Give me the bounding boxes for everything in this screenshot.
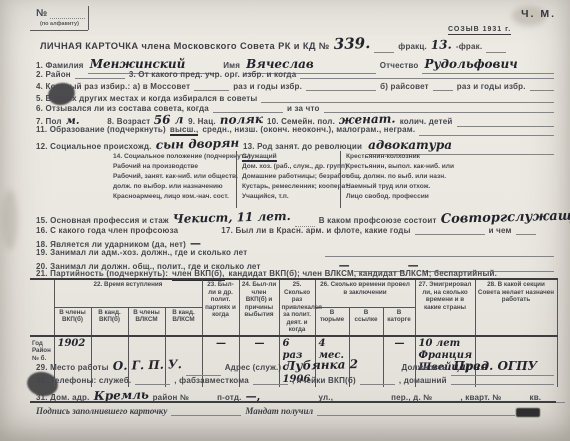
union-year-line: 16. С какого года член профсоюза 17. Был… <box>36 226 554 235</box>
education-label: 11. Образование (подчеркнуть) <box>36 125 166 134</box>
option-peasant-elected-2: общ. должн. по выб. или назн. <box>346 172 550 182</box>
option-peasant-elected: Крестьянин, выпол. как-ниб. или <box>346 162 550 172</box>
union-handwritten: Совторгслужащих <box>440 208 570 227</box>
col26-sub-prison: В тюрьме <box>315 307 349 335</box>
phones-label: 30. Телефоны: служеб. <box>36 376 131 385</box>
card-index-number: № <box>36 8 85 19</box>
blank-line <box>374 49 394 53</box>
blank-line <box>194 87 229 91</box>
redarmy-label: 17. Был ли в Красн. арм. и флоте, какие … <box>221 226 410 235</box>
education-options: средн., низш. (оконч. неоконч.), малогра… <box>202 125 415 134</box>
profession-handwritten: Чекист, 11 лет. <box>172 209 290 226</box>
blank-line <box>135 381 170 385</box>
patronymic-label: Отчество <box>380 61 419 70</box>
workplace-label: 29. Место работы <box>36 363 109 372</box>
blank-line <box>415 231 485 235</box>
social-position-col-worker: 14. Социальное положение (подчеркнуть) Р… <box>108 151 236 208</box>
table-header-row: 22. Время вступления 23. Был-ли в др. по… <box>30 279 557 307</box>
social-origin-label: 12. Социальное происхожд. <box>36 142 152 151</box>
work-address-handwritten: Лубянка 2 <box>285 357 359 373</box>
education-line: 11. Образование (подчеркнуть) высш., сре… <box>36 125 554 136</box>
option-employee-underlined: Служащий <box>242 153 277 162</box>
option-artisan: Кустарь, ремесленник; кооперат. <box>242 182 335 192</box>
party-cell-label: , ячейки ВКП(б) <box>292 376 356 385</box>
mandate-label: Мандат получил <box>245 406 313 416</box>
admin-post-label: 19. Занимал ли адм.-хоз. должн., где и с… <box>36 248 247 257</box>
blank-line <box>306 87 376 91</box>
profession-label: 15. Основная профессия и стаж <box>36 216 169 225</box>
union-year-label: 16. С какого года член профсоюза <box>36 226 178 235</box>
blank-line <box>261 99 554 103</box>
patronymic-handwritten: Рудольфович <box>424 57 517 71</box>
blank-line <box>530 87 554 91</box>
signature-line: Подпись заполнившего карточку Мандат пол… <box>36 406 554 416</box>
surname-handwritten: Менжинский <box>90 57 186 71</box>
option-worker-elected-2: долж. по выбор. или назначению <box>113 182 231 192</box>
raysovet-label: б) райсовет <box>380 82 429 91</box>
signature-blank <box>171 412 241 416</box>
position-label: Должность <box>401 363 447 372</box>
blank-line <box>75 75 125 79</box>
card-number-handwritten: 339. <box>333 34 370 53</box>
profession-line: 15. Основная профессия и стаж Чекист, 11… <box>36 212 554 227</box>
recall-line: 6. Отзывался ли из состава совета, когда… <box>36 104 554 113</box>
col22-sub-vlksm-member: В члены ВЛКСМ <box>128 307 165 335</box>
party-options: кандидат ВКП(б); член ВЛКСМ, кандидат ВЛ… <box>229 269 498 278</box>
social-position-box: 14. Социальное положение (подчеркнуть) Р… <box>108 151 555 208</box>
prerevolution-label: 13. Род занят. до революции <box>243 142 362 151</box>
blank-line <box>516 231 536 235</box>
prerevolution-handwritten: адвокатура <box>368 138 452 152</box>
district-label: 2. Район <box>36 70 71 79</box>
option-worker: Рабочий на производстве <box>113 162 231 172</box>
redarmy-role-label: и чем <box>489 226 512 235</box>
option-free-profession: Лицо свобод. профессии <box>346 192 550 202</box>
elected-from-label: 3. От какого пред. учр. орг. избр. и ког… <box>129 70 297 79</box>
social-position-col-peasant: Крестьянин-колхозник Крестьянин, выпол. … <box>340 151 555 208</box>
separator-rule <box>30 401 556 403</box>
admin-post-line: 19. Занимал ли адм.-хоз. должн., где и с… <box>36 248 554 257</box>
years-elected-label-2: раз и годы избр. <box>457 82 526 91</box>
option-hired-labour: Наемный труд или отхож. <box>346 182 550 192</box>
social-position-col-employee: Служащий Дом. хоз. (раб., служ., др. гру… <box>236 151 340 208</box>
col26-sub-exile: В ссылке <box>349 307 383 335</box>
surname-label: 1. Фамилия <box>36 61 84 70</box>
card-title: ЛИЧНАЯ КАРТОЧКА члена Московского Совета… <box>40 41 330 51</box>
card-title-line: ЛИЧНАЯ КАРТОЧКА члена Московского Совета… <box>40 35 556 53</box>
series-mark: Ч. М. <box>521 8 556 20</box>
col28-header: 28. В какой секции Совета желает назначе… <box>475 279 557 336</box>
col24-header: 24. Был-ли член ВКП(б) и причины выбытия <box>239 279 279 336</box>
workplace-line: 29. Место работы О. Г. П. У. Адрес (служ… <box>36 357 554 376</box>
recall-reason-label: и за что <box>287 104 320 113</box>
option-student: Учащийся, т.п. <box>242 192 335 202</box>
option-redarmy: Красноармеец, лицо ком.-нач. сост. <box>113 192 231 202</box>
option-domestic: Домашние работницы; безработ. <box>242 172 335 182</box>
col25-header: 25. Сколько раз привлекался за полит. де… <box>279 279 315 336</box>
blank-line <box>451 381 554 385</box>
phones-line: 30. Телефоны: служеб. , фабзавместкома ,… <box>36 376 554 385</box>
firstname-handwritten: Вячеслав <box>246 57 314 71</box>
fraction-label: фракц. <box>398 42 427 51</box>
option-kolkhoznik: Крестьянин-колхозник <box>346 152 550 162</box>
stub-header <box>30 279 54 336</box>
col27-header: 27. Эмигрировал ли, на сколько времени и… <box>415 279 475 336</box>
col26-header: 26. Сколько времени провел в заключении <box>315 279 415 307</box>
blank-line <box>486 49 506 53</box>
blank-line <box>253 381 288 385</box>
home-phone-label: , домашний <box>399 376 447 385</box>
option-worker-elected: Рабочий, занят. как-ниб. или обществ. <box>113 172 231 182</box>
party-label: 21. Партийность (подчеркнуть): <box>36 269 168 278</box>
col22-sub-vkp-member: В члены ВКП(б) <box>54 307 91 335</box>
blank-line <box>360 381 395 385</box>
number-sign: № <box>36 8 47 19</box>
spacer <box>519 413 554 416</box>
social-origin-handwritten: сын дворян <box>155 136 239 152</box>
district-line: 2. Район 3. От какого пред. учр. орг. из… <box>36 70 554 79</box>
other-soviets-line: 5. В каких других местах и когда избирал… <box>36 94 554 103</box>
fraction-handwritten: 13. <box>431 37 452 52</box>
blank-line <box>300 75 554 79</box>
col22-sub-vlksm-cand: В канд. ВЛКСМ <box>165 307 202 335</box>
workplace-handwritten: О. Г. П. У. <box>112 357 181 373</box>
social-position-heading: 14. Социальное положение (подчеркнуть) <box>113 152 231 162</box>
years-elected-label: раз и годы избр. <box>233 82 302 91</box>
col22-sub-vkp-cand: В канд. ВКП(б) <box>91 307 128 335</box>
convocation-stamp: СОЗЫВ 1931 г. <box>448 26 511 35</box>
scanned-personal-card: № (по алфавиту) Ч. М. СОЗЫВ 1931 г. ЛИЧН… <box>0 0 570 441</box>
col23-header: 23. Был-ли в др. полит. партиях и когда <box>202 279 239 336</box>
fraction-suffix: -фрак. <box>456 42 482 51</box>
position-handwritten: Пред. ОГПУ <box>453 359 537 373</box>
other-soviets-label: 5. В каких других местах и когда избирал… <box>36 94 257 103</box>
blank-line <box>433 87 453 91</box>
mossovet-label: 4. Который раз избир.: а) в Моссовет <box>36 82 190 91</box>
signature-label: Подпись заполнившего карточку <box>36 406 167 416</box>
spacer <box>182 232 217 235</box>
times-elected-line: 4. Который раз избир.: а) в Моссовет раз… <box>36 82 554 91</box>
union-label: В каком профсоюзе состоит <box>319 216 437 225</box>
option-housewife: Дом. хоз. (раб., служ., др. групп) <box>242 162 335 172</box>
spacer <box>251 254 321 257</box>
education-underlined-option: высш., <box>170 125 199 136</box>
factory-committee-label: , фабзавместкома <box>174 376 249 385</box>
corner-rule <box>30 30 88 31</box>
number-blank <box>50 15 85 19</box>
firstname-label: Имя <box>223 61 240 70</box>
corner-rule <box>88 6 89 30</box>
col22-header: 22. Время вступления <box>54 279 202 307</box>
col26-sub-katorga: В каторге <box>383 307 415 335</box>
position-entry: Пред. ОГПУ <box>451 357 554 376</box>
work-address-label: Адрес (служ.) <box>225 363 282 372</box>
mandate-blank <box>317 412 515 416</box>
blank-line <box>325 253 554 257</box>
paper-stain <box>2 190 18 250</box>
alphabet-note: (по алфавиту) <box>40 21 79 27</box>
